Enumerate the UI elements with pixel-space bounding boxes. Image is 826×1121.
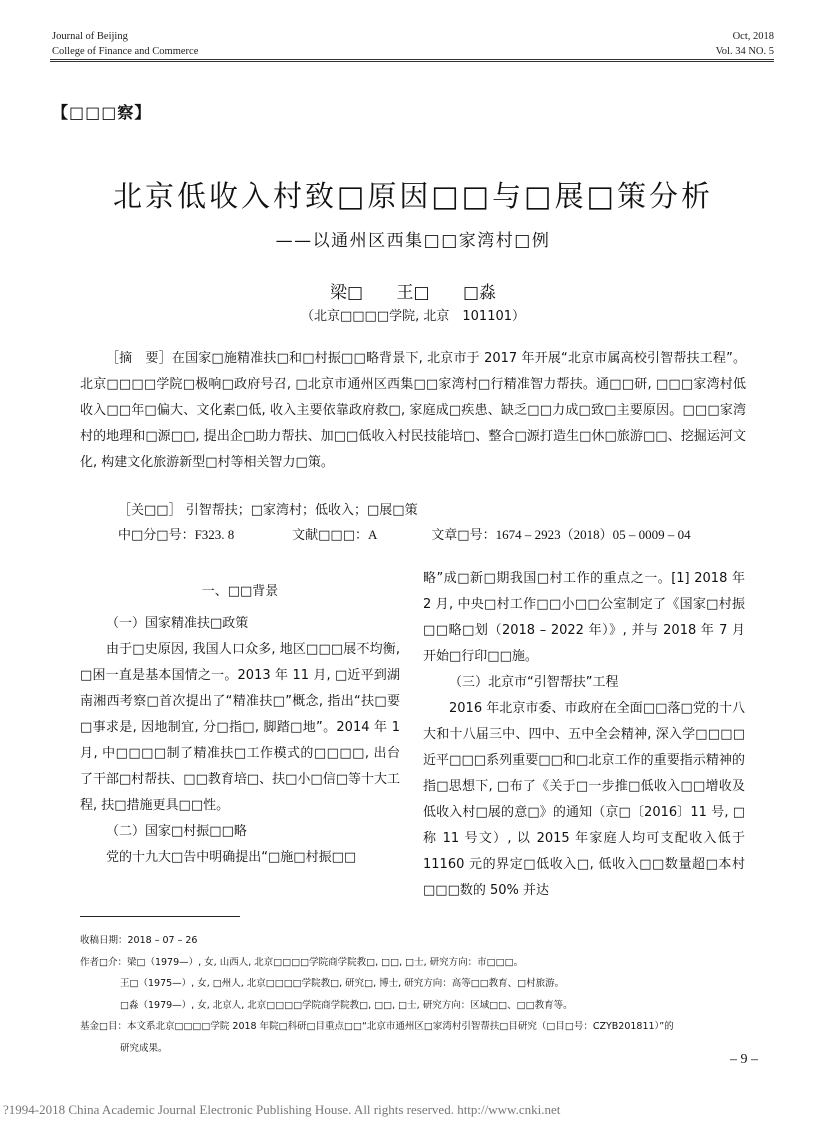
paragraph: 2016 年北京市委、市政府在全面□□落□党的十八大和十八届三中、四中、五中全会… (423, 696, 745, 904)
copyright-notice: ?1994-2018 China Academic Journal Electr… (3, 1102, 560, 1118)
fund-label: 基金□目： (80, 1021, 127, 1032)
page-number: – 9 – (730, 1052, 758, 1068)
issue-info: Oct, 2018 Vol. 34 NO. 5 (716, 29, 774, 59)
column-tag: 【□□□察】 (52, 100, 151, 123)
clc-value: F323. 8 (195, 527, 235, 543)
journal-name-line2: College of Finance and Commerce (52, 44, 198, 59)
header-rule (50, 59, 774, 62)
issue-date: Oct, 2018 (716, 29, 774, 44)
subsection-heading: （二）国家□村振□□略 (80, 819, 400, 845)
article-id-value: 1674 – 2923（2018）05 – 0009 – 04 (496, 524, 691, 543)
clc-label: 中□分□号： (118, 524, 195, 543)
author-bio-label: 作者□介： (80, 957, 127, 968)
affiliation: （北京□□□□学院, 北京 101101） (0, 305, 826, 324)
body-column-right: 略”成□新□期我国□村工作的重点之一。[1] 2018 年 2 月, 中央□村工… (423, 566, 745, 904)
author-name: □淼 (463, 283, 496, 303)
keywords-label: ［关□□］ (118, 503, 182, 518)
paragraph: 由于□史原因, 我国人口众多, 地区□□□展不均衡, □困一直是基本国情之一。2… (80, 637, 400, 819)
section-heading: 一、□□背景 (80, 579, 400, 605)
body-column-left: 一、□□背景 （一）国家精准扶□政策 由于□史原因, 我国人口众多, 地区□□□… (80, 579, 400, 871)
keywords: ［关□□］ 引智帮扶；□家湾村；低收入；□展□策 (118, 499, 418, 518)
article-subtitle: ——以通州区西集□□家湾村□例 (0, 226, 826, 251)
paragraph: 党的十九大□告中明确提出“□施□村振□□ (80, 845, 400, 871)
copyright-text: ?1994-2018 China Academic Journal Electr… (3, 1102, 560, 1117)
author-name: 王□ (396, 283, 429, 303)
doc-code-label: 文献□□□： (292, 524, 368, 543)
author-bio: 梁□（1979—）, 女, 山西人, 北京□□□□学院商学院教□, □□, □士… (127, 957, 523, 968)
journal-name: Journal of Beijing College of Finance an… (52, 29, 198, 59)
article-id-label: 文章□号： (431, 524, 495, 543)
doc-code-value: A (368, 527, 377, 543)
issue-volume: Vol. 34 NO. 5 (716, 44, 774, 59)
author-bio: □淼（1979—）, 女, 北京人, 北京□□□□学院商学院教□, □□, □士… (80, 995, 760, 1017)
paragraph: 略”成□新□期我国□村工作的重点之一。[1] 2018 年 2 月, 中央□村工… (423, 566, 745, 670)
fund-text-continued: 研究成果。 (80, 1038, 760, 1060)
author-list: 梁□ 王□ □淼 (0, 278, 826, 303)
keywords-text: 引智帮扶；□家湾村；低收入；□展□策 (186, 503, 418, 518)
subsection-heading: （一）国家精准扶□政策 (80, 611, 400, 637)
subsection-heading: （三）北京市“引智帮扶”工程 (423, 670, 745, 696)
received-date: 收稿日期：2018 – 07 – 26 (80, 930, 760, 952)
abstract: ［摘 要］在国家□施精准扶□和□村振□□略背景下, 北京市于 2017 年开展“… (80, 346, 746, 476)
article-title: 北京低收入村致□原因□□与□展□策分析 (0, 174, 826, 215)
author-name: 梁□ (330, 283, 363, 303)
journal-name-line1: Journal of Beijing (52, 29, 198, 44)
abstract-text: 在国家□施精准扶□和□村振□□略背景下, 北京市于 2017 年开展“北京市属高… (80, 351, 746, 470)
footnote-rule (80, 916, 240, 917)
fund-text: 本文系北京□□□□学院 2018 年院□科研□目重点□□“北京市通州区□家湾村引… (127, 1021, 674, 1032)
classification-info: 中□分□号：F323. 8 文献□□□：A 文章□号：1674 – 2923（2… (118, 524, 691, 543)
footnotes: 收稿日期：2018 – 07 – 26 作者□介：梁□（1979—）, 女, 山… (80, 930, 760, 1059)
author-bio: 王□（1975—）, 女, □州人, 北京□□□□学院教□, 研究□, 博士, … (80, 973, 760, 995)
abstract-label: ［摘 要］ (106, 351, 172, 366)
